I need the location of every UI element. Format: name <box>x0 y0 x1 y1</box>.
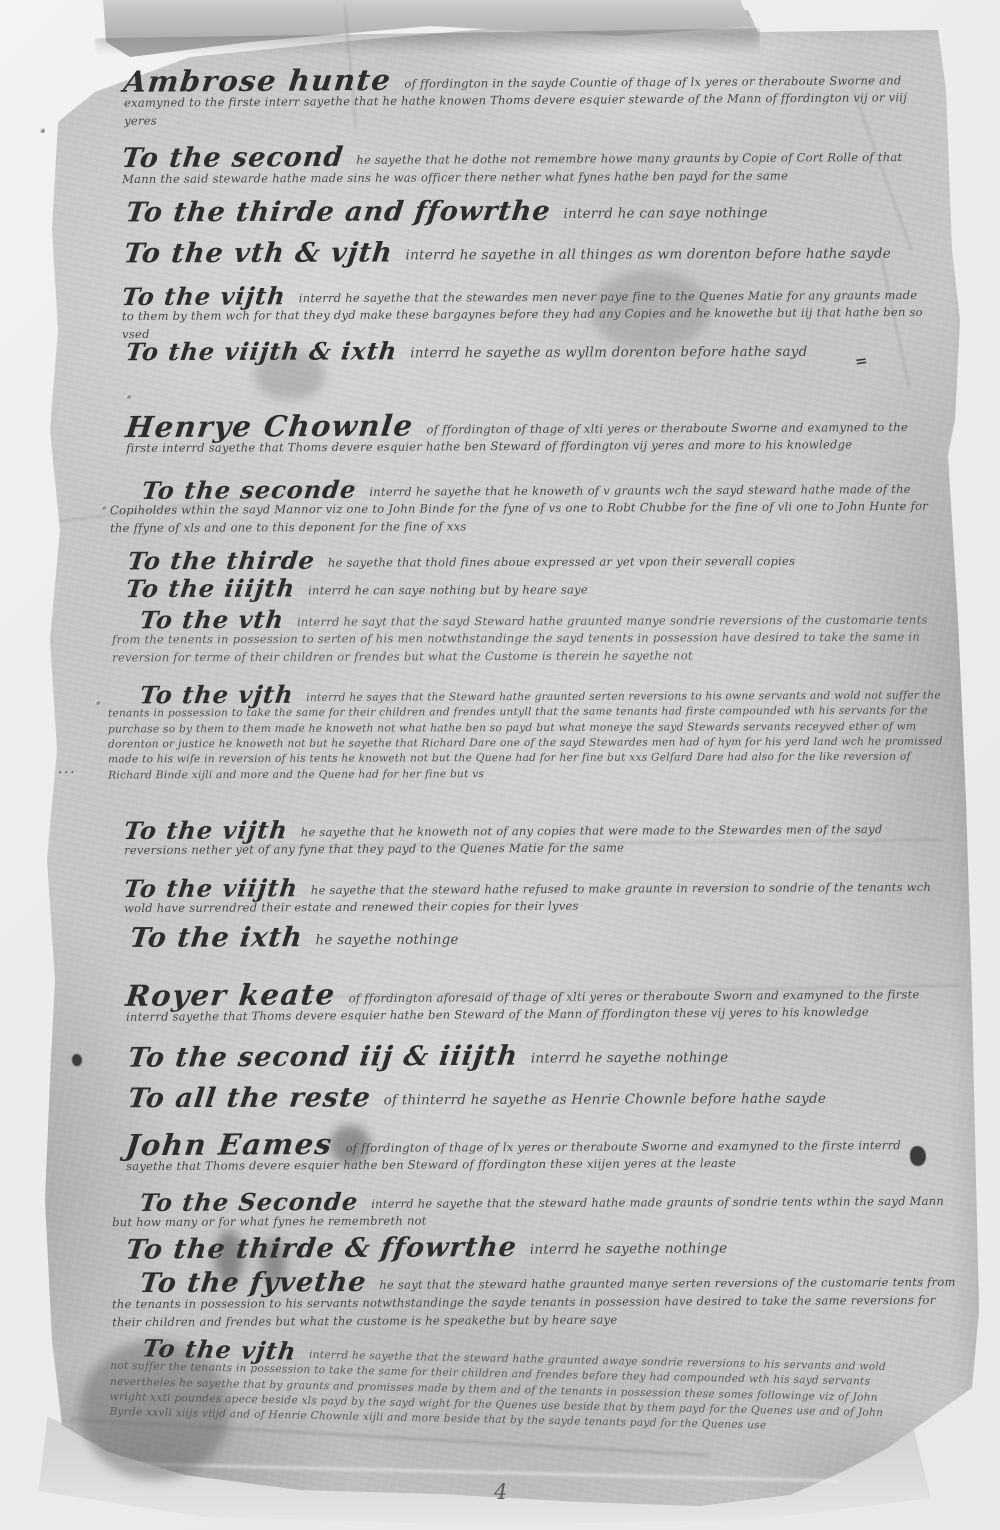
answer-text: interrd he sayethe in all thinges as wm … <box>405 246 891 264</box>
answer-lead: To the viijth & ixth <box>125 340 408 363</box>
deponent-name: Ambrose hunte <box>122 67 402 95</box>
answer-paragraph: To the seconde interrd he sayethe that h… <box>110 476 930 537</box>
answer-paragraph: To the vijth he sayethe that he knoweth … <box>124 816 934 860</box>
answer-lead: To the second <box>121 146 354 172</box>
answer-paragraph: To all the reste of thinterrd he sayethe… <box>128 1085 828 1112</box>
answer-paragraph: To the vth & vjth interrd he sayethe in … <box>124 240 904 267</box>
answer-paragraph: To the Seconde interrd he sayethe that t… <box>112 1188 947 1232</box>
answer-paragraph: To the iiijth interrd he can saye nothin… <box>126 576 746 600</box>
deponent-name: Henrye Chownle <box>124 413 424 441</box>
answer-text: interrd he sayethe as wyllm dorenton bef… <box>410 344 807 361</box>
answer-paragraph: To the second iij & iiijth interrd he sa… <box>128 1043 768 1071</box>
answer-paragraph: To the ixth he sayethe nothinge <box>130 925 610 951</box>
answer-paragraph: To the thirde and ffowrthe interrd he ca… <box>126 199 906 226</box>
answer-lead: To the iiijth <box>125 577 306 599</box>
answer-paragraph: To the viijth he sayethe that the stewar… <box>124 874 944 918</box>
answer-text: of thinterrd he sayethe as Henrie Chownl… <box>384 1091 826 1109</box>
deponent-heading-ambrose-hunte: Ambrose hunte of ffordington in the sayd… <box>124 63 914 129</box>
equals-mark: = <box>854 351 869 371</box>
answer-paragraph: To the second he sayethe that he dothe n… <box>122 143 922 189</box>
worm-hole <box>126 394 131 399</box>
deponent-heading-royer-keate: Royer keate of ffordington aforesaid of … <box>126 977 946 1026</box>
answer-paragraph: To the vth interrd he sayt that the sayd… <box>112 607 947 667</box>
answer-lead: To the vijth <box>121 285 296 308</box>
answer-text: interrd he can saye nothinge <box>563 205 767 222</box>
answer-lead: To the thirde <box>127 550 326 572</box>
worm-hole <box>95 700 100 705</box>
answer-lead: To the thirde & ffowrthe <box>125 1236 528 1263</box>
answer-lead: To the vjth <box>125 1337 307 1362</box>
answer-lead: To the Seconde <box>125 1191 369 1214</box>
answer-lead: To the seconde <box>125 479 367 502</box>
page-number: 4 <box>494 1480 507 1504</box>
deponent-heading-john-eames: John Eames of ffordington of thage of lx… <box>126 1128 946 1176</box>
answer-lead: To the ixth <box>129 926 313 951</box>
answer-lead: To the vijth <box>123 819 298 842</box>
answer-lead: To the second iij & iiijth <box>127 1045 529 1071</box>
deponent-heading-henrye-chownle: Henrye Chownle of ffordington of thage o… <box>126 410 926 458</box>
answer-lead: To the vjth <box>123 684 304 706</box>
answer-text: interrd he can saye nothing but by heare… <box>308 582 588 597</box>
answer-text: he sayethe nothinge <box>315 932 458 949</box>
answer-paragraph: To the thirde & ffowrthe interrd he saye… <box>126 1233 866 1262</box>
answer-lead: To the vth <box>125 609 295 631</box>
answer-text: interrd he sayethe nothinge <box>531 1050 729 1067</box>
answer-paragraph: To the vjth interrd he sayes that the St… <box>108 682 946 784</box>
answer-lead: To the vth & vjth <box>123 241 404 266</box>
answer-lead: To the thirde and ffowrthe <box>125 200 561 226</box>
worm-hole <box>40 128 45 133</box>
answer-paragraph: To the vijth interrd he sayethe that the… <box>122 282 932 343</box>
deponent-name: Royer keate <box>124 981 346 1009</box>
answer-paragraph: To the vjth interrd he sayethe that the … <box>109 1337 901 1437</box>
answer-lead: To the viijth <box>123 877 309 900</box>
answer-text: interrd he sayethe nothinge <box>530 1240 728 1257</box>
ink-blot <box>72 1054 82 1066</box>
answer-paragraph: To the viijth & ixth interrd he sayethe … <box>126 339 826 365</box>
deponent-name: John Eames <box>124 1131 343 1158</box>
worm-hole <box>101 505 106 510</box>
answer-paragraph: To the fyvethe he sayt that the steward … <box>112 1268 957 1331</box>
answer-lead: To all the reste <box>127 1086 382 1111</box>
answer-paragraph: To the thirde he sayethe that thold fine… <box>128 548 888 573</box>
margin-ellipsis: ... <box>58 762 76 777</box>
answer-text: he sayethe that thold fines aboue expres… <box>328 554 795 570</box>
answer-lead: To the fyvethe <box>124 1271 376 1297</box>
